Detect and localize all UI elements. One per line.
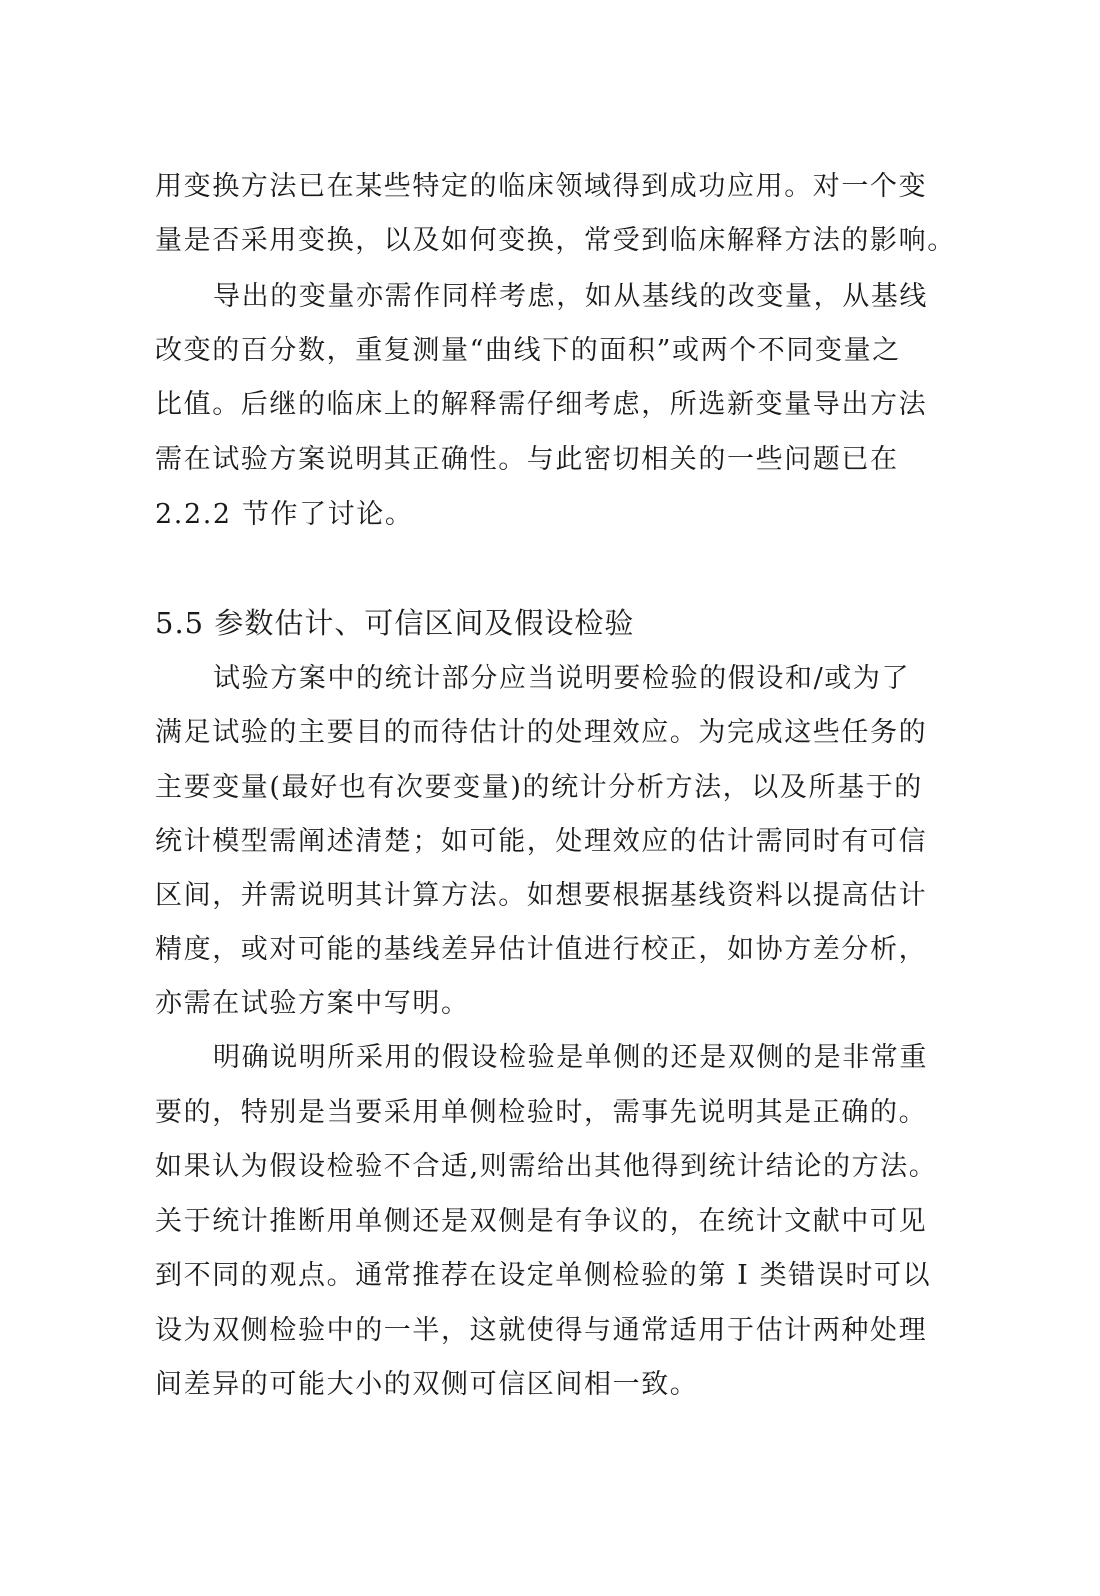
text-line: 统计模型需阐述清楚；如可能，处理效应的估计需同时有可信 — [155, 825, 927, 859]
text-line: 间差异的可能大小的双侧可信区间相一致。 — [155, 1368, 698, 1402]
text-line: 用变换方法已在某些特定的临床领域得到成功应用。对一个变 — [155, 170, 927, 204]
text-line: 量是否采用变换，以及如何变换，常受到临床解释方法的影响。 — [155, 224, 956, 258]
text-line: 改变的百分数，重复测量“曲线下的面积”或两个不同变量之 — [155, 334, 901, 368]
text-line: 设为双侧检验中的一半，这就使得与通常适用于估计两种处理 — [155, 1314, 927, 1348]
text-line: 关于统计推断用单侧还是双侧是有争议的，在统计文献中可见 — [155, 1205, 927, 1239]
text-line: 如果认为假设检验不合适,则需给出其他得到统计结论的方法。 — [155, 1150, 937, 1184]
text-line: 到不同的观点。通常推荐在设定单侧检验的第 I 类错误时可以 — [155, 1259, 931, 1293]
text-line: 2.2.2 节作了讨论。 — [155, 498, 413, 532]
text-line: 需在试验方案说明其正确性。与此密切相关的一些问题已在 — [155, 443, 899, 477]
section-heading: 5.5 参数估计、可信区间及假设检验 — [155, 604, 634, 642]
text-line: 亦需在试验方案中写明。 — [155, 987, 470, 1021]
text-line: 比值。后继的临床上的解释需仔细考虑，所选新变量导出方法 — [155, 388, 927, 422]
text-line: 试验方案中的统计部分应当说明要检验的假设和/或为了 — [213, 662, 910, 696]
text-line: 明确说明所采用的假设检验是单侧的还是双侧的是非常重 — [213, 1041, 928, 1075]
text-line: 精度，或对可能的基线差异估计值进行校正，如协方差分析， — [155, 933, 927, 967]
text-line: 要的，特别是当要采用单侧检验时，需事先说明其是正确的。 — [155, 1096, 927, 1130]
text-line: 导出的变量亦需作同样考虑，如从基线的改变量，从基线 — [213, 280, 928, 314]
text-line: 主要变量(最好也有次要变量)的统计分析方法，以及所基于的 — [155, 771, 923, 805]
text-line: 区间，并需说明其计算方法。如想要根据基线资料以提高估计 — [155, 879, 927, 913]
text-line: 满足试验的主要目的而待估计的处理效应。为完成这些任务的 — [155, 716, 927, 750]
